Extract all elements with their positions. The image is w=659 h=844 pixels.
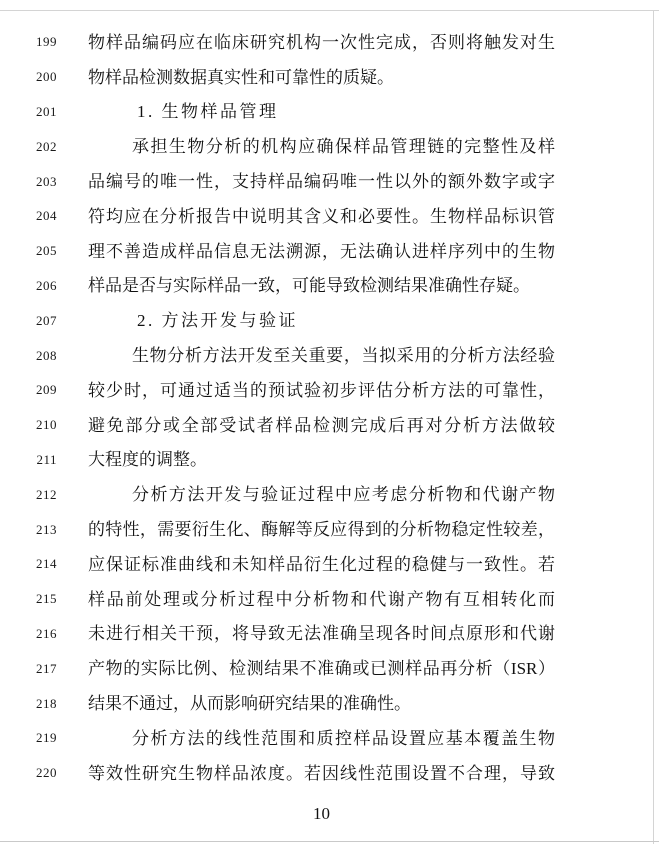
document-line: 219分析方法的线性范围和质控样品设置应基本覆盖生物 [0, 721, 659, 756]
line-number: 219 [0, 730, 57, 746]
line-text: 理不善造成样品信息无法溯源，无法确认进样序列中的生物 [88, 241, 555, 262]
line-text: 的特性，需要衍生化、酶解等反应得到的分析物稳定性较差， [88, 519, 555, 540]
line-text: 样品是否与实际样品一致，可能导致检测结果准确性存疑。 [88, 275, 555, 296]
document-line: 200物样品检测数据真实性和可靠性的质疑。 [0, 60, 659, 95]
line-text: 避免部分或全部受试者样品检测完成后再对分析方法做较 [88, 415, 555, 436]
line-text: 物样品编码应在临床研究机构一次性完成，否则将触发对生 [88, 32, 555, 53]
line-number: 213 [0, 522, 57, 538]
line-text: 应保证标准曲线和未知样品衍生化过程的稳健与一致性。若 [88, 554, 555, 575]
line-number: 200 [0, 69, 57, 85]
line-number: 199 [0, 34, 57, 50]
line-text: 样品前处理或分析过程中分析物和代谢产物有互相转化而 [88, 589, 555, 610]
document-line: 210避免部分或全部受试者样品检测完成后再对分析方法做较 [0, 408, 659, 443]
line-number: 220 [0, 765, 57, 781]
line-number: 215 [0, 591, 57, 607]
line-number: 209 [0, 382, 57, 398]
line-number: 208 [0, 348, 57, 364]
document-line: 205理不善造成样品信息无法溯源，无法确认进样序列中的生物 [0, 234, 659, 269]
line-number: 207 [0, 313, 57, 329]
document-line: 209较少时，可通过适当的预试验初步评估分析方法的可靠性， [0, 373, 659, 408]
line-text: 分析方法开发与验证过程中应考虑分析物和代谢产物 [88, 484, 555, 505]
line-text: 符均应在分析报告中说明其含义和必要性。生物样品标识管 [88, 206, 555, 227]
document-line: 2011. 生物样品管理 [0, 95, 659, 130]
line-text: 品编号的唯一性，支持样品编码唯一性以外的额外数字或字 [88, 171, 555, 192]
line-text: 结果不通过，从而影响研究结果的准确性。 [88, 693, 555, 714]
line-text: 物样品检测数据真实性和可靠性的质疑。 [88, 67, 555, 88]
line-number: 216 [0, 626, 57, 642]
document-line: 213的特性，需要衍生化、酶解等反应得到的分析物稳定性较差， [0, 512, 659, 547]
document-line: 206样品是否与实际样品一致，可能导致检测结果准确性存疑。 [0, 269, 659, 304]
line-number: 214 [0, 556, 57, 572]
line-number: 201 [0, 104, 57, 120]
line-number: 218 [0, 696, 57, 712]
line-number: 202 [0, 139, 57, 155]
line-number: 203 [0, 174, 57, 190]
document-line: 202承担生物分析的机构应确保样品管理链的完整性及样 [0, 129, 659, 164]
document-line: 214应保证标准曲线和未知样品衍生化过程的稳健与一致性。若 [0, 547, 659, 582]
page-number: 10 [88, 804, 555, 824]
line-text: 1. 生物样品管理 [88, 101, 555, 122]
line-text: 2. 方法开发与验证 [88, 310, 555, 331]
line-text: 大程度的调整。 [88, 449, 555, 470]
document-line: 2072. 方法开发与验证 [0, 303, 659, 338]
document-line: 208生物分析方法开发至关重要，当拟采用的分析方法经验 [0, 338, 659, 373]
line-text: 等效性研究生物样品浓度。若因线性范围设置不合理，导致 [88, 763, 555, 784]
line-number: 212 [0, 487, 57, 503]
line-text: 生物分析方法开发至关重要，当拟采用的分析方法经验 [88, 345, 555, 366]
page-border-bottom [0, 841, 659, 842]
document-line: 211大程度的调整。 [0, 443, 659, 478]
line-text: 未进行相关干预，将导致无法准确呈现各时间点原形和代谢 [88, 623, 555, 644]
document-line: 204符均应在分析报告中说明其含义和必要性。生物样品标识管 [0, 199, 659, 234]
line-number: 210 [0, 417, 57, 433]
document-line: 203品编号的唯一性，支持样品编码唯一性以外的额外数字或字 [0, 164, 659, 199]
document-lines: 199物样品编码应在临床研究机构一次性完成，否则将触发对生200物样品检测数据真… [0, 25, 659, 791]
line-text: 较少时，可通过适当的预试验初步评估分析方法的可靠性， [88, 380, 555, 401]
document-page: 199物样品编码应在临床研究机构一次性完成，否则将触发对生200物样品检测数据真… [0, 0, 659, 844]
document-line: 216未进行相关干预，将导致无法准确呈现各时间点原形和代谢 [0, 617, 659, 652]
line-number: 205 [0, 243, 57, 259]
document-line: 220等效性研究生物样品浓度。若因线性范围设置不合理，导致 [0, 756, 659, 791]
line-number: 206 [0, 278, 57, 294]
line-text: 分析方法的线性范围和质控样品设置应基本覆盖生物 [88, 728, 555, 749]
document-line: 199物样品编码应在临床研究机构一次性完成，否则将触发对生 [0, 25, 659, 60]
page-border-top [0, 10, 659, 11]
line-number: 204 [0, 208, 57, 224]
document-line: 215样品前处理或分析过程中分析物和代谢产物有互相转化而 [0, 582, 659, 617]
line-number: 217 [0, 661, 57, 677]
line-text: 承担生物分析的机构应确保样品管理链的完整性及样 [88, 136, 555, 157]
document-line: 217产物的实际比例、检测结果不准确或已测样品再分析（ISR） [0, 651, 659, 686]
document-line: 212分析方法开发与验证过程中应考虑分析物和代谢产物 [0, 477, 659, 512]
line-number: 211 [0, 452, 57, 468]
document-line: 218结果不通过，从而影响研究结果的准确性。 [0, 686, 659, 721]
line-text: 产物的实际比例、检测结果不准确或已测样品再分析（ISR） [88, 658, 555, 679]
